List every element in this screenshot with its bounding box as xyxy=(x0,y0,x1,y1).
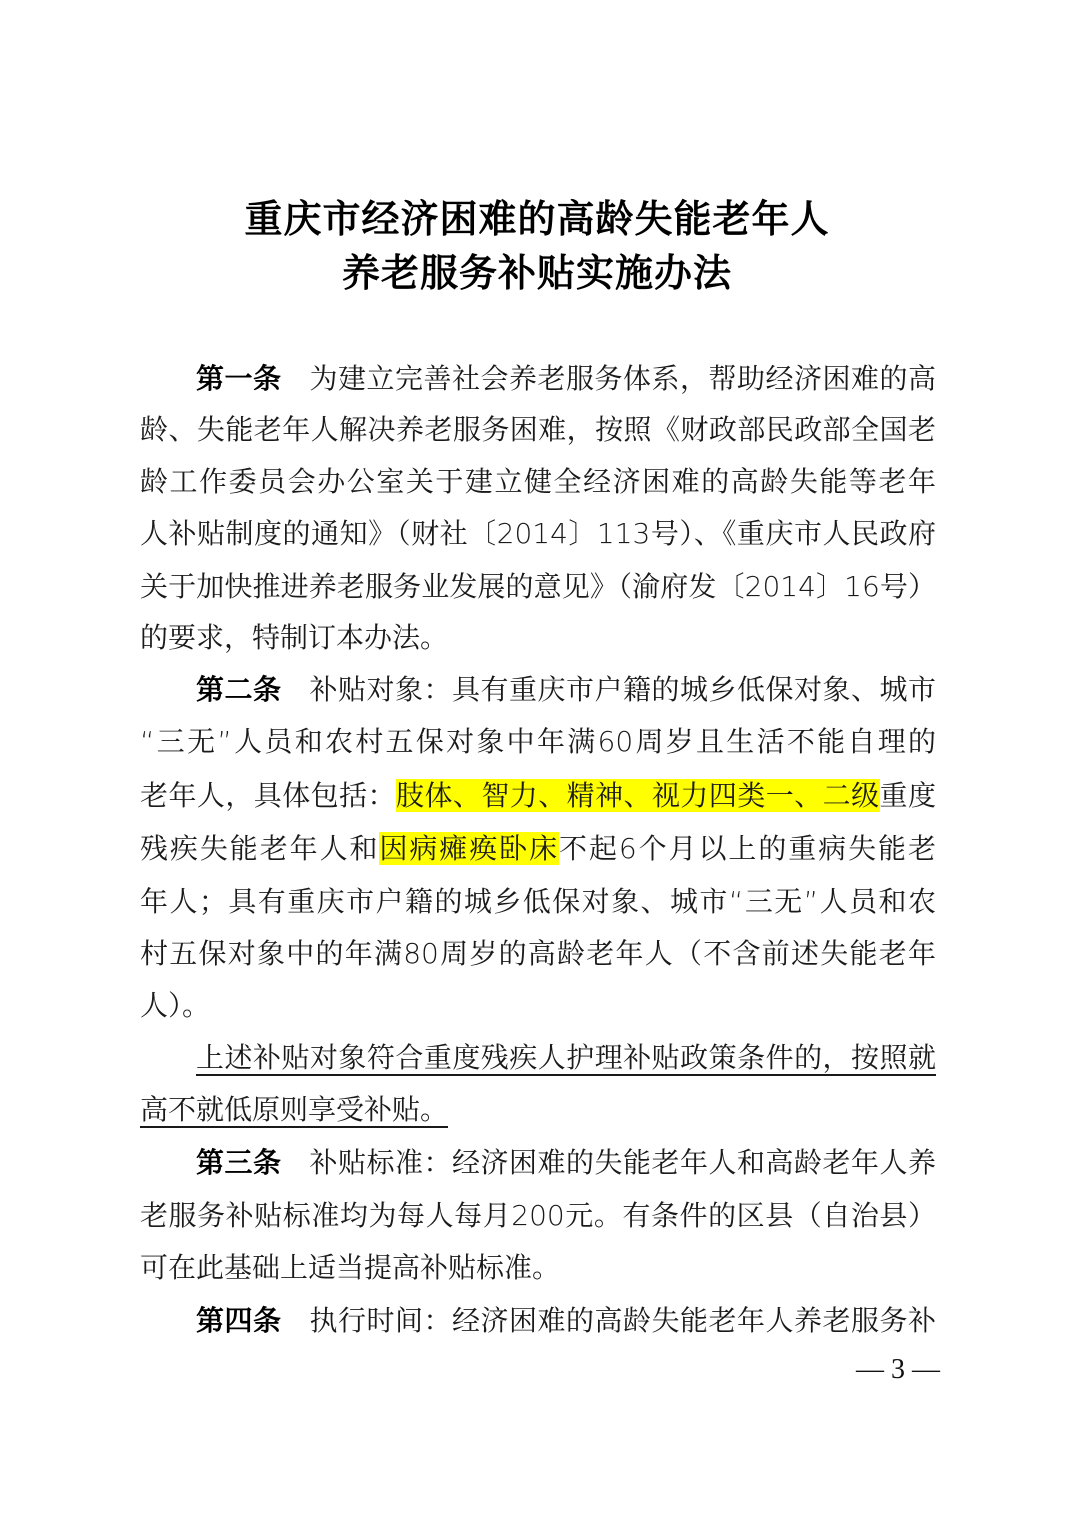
text-segment: 重度 xyxy=(880,779,936,812)
article-1-label: 第一条 xyxy=(196,362,282,395)
article-1-line-2: 龄、失能老年人解决养老服务困难，按照《财政部民政部全国老 xyxy=(140,404,936,456)
highlighted-text-disability-types: 肢体、智力、精神、视力四类一、二级 xyxy=(396,779,880,812)
document-title-line-1: 重庆市经济困难的高龄失能老年人 xyxy=(0,192,1074,246)
underlined-note-line-2: 高不就低原则享受补贴。 xyxy=(140,1084,936,1136)
underlined-note-line-1: 上述补贴对象符合重度残疾人护理补贴政策条件的，按照就 xyxy=(196,1032,936,1084)
article-1-line-3: 龄工作委员会办公室关于建立健全经济困难的高龄失能等老年 xyxy=(140,456,936,508)
article-2-line-5: 年人；具有重庆市户籍的城乡低保对象、城市“三无”人员和农 xyxy=(140,876,936,928)
text-segment: 老年人，具体包括： xyxy=(140,779,396,812)
article-1-line-1: 第一条为建立完善社会养老服务体系，帮助经济困难的高 xyxy=(196,353,936,405)
article-3-line-1: 第三条补贴标准：经济困难的失能老年人和高龄老年人养 xyxy=(196,1137,936,1189)
highlighted-text-bedridden: 因病瘫痪卧床 xyxy=(379,832,559,865)
article-3-line-3: 可在此基础上适当提高补贴标准。 xyxy=(140,1242,936,1294)
article-4-text: 执行时间：经济困难的高龄失能老年人养老服务补 xyxy=(310,1304,936,1337)
article-4-line-1: 第四条执行时间：经济困难的高龄失能老年人养老服务补 xyxy=(196,1295,936,1347)
article-2-line-4: 残疾失能老年人和因病瘫痪卧床不起6个月以上的重病失能老 xyxy=(140,823,936,875)
article-2-line-6: 村五保对象中的年满80周岁的高龄老年人（不含前述失能老年 xyxy=(140,928,936,980)
article-2-text: 补贴对象：具有重庆市户籍的城乡低保对象、城市 xyxy=(310,673,936,706)
page-number: — 3 — xyxy=(830,1354,940,1386)
article-2-line-3: 老年人，具体包括：肢体、智力、精神、视力四类一、二级重度 xyxy=(140,770,936,822)
document-title-line-2: 养老服务补贴实施办法 xyxy=(0,246,1074,300)
underlined-text: 高不就低原则享受补贴。 xyxy=(140,1093,448,1126)
article-3-line-2: 老服务补贴标准均为每人每月200元。有条件的区县（自治县） xyxy=(140,1190,936,1242)
article-1-line-6: 的要求，特制订本办法。 xyxy=(140,612,936,664)
article-3-text: 补贴标准：经济困难的失能老年人和高龄老年人养 xyxy=(310,1146,936,1179)
document-page: 重庆市经济困难的高龄失能老年人 养老服务补贴实施办法 第一条为建立完善社会养老服… xyxy=(0,0,1074,1520)
text-segment: 残疾失能老年人和 xyxy=(140,832,379,865)
article-3-label: 第三条 xyxy=(196,1146,282,1179)
article-2-line-1: 第二条补贴对象：具有重庆市户籍的城乡低保对象、城市 xyxy=(196,664,936,716)
underlined-text: 上述补贴对象符合重度残疾人护理补贴政策条件的，按照就 xyxy=(196,1041,936,1074)
article-1-line-4: 人补贴制度的通知》（财社〔2014〕113号）、《重庆市人民政府 xyxy=(140,508,936,560)
article-2-label: 第二条 xyxy=(196,673,282,706)
text-segment: 不起6个月以上的重病失能老 xyxy=(559,832,936,865)
article-2-line-2: “三无”人员和农村五保对象中年满60周岁且生活不能自理的 xyxy=(140,716,936,768)
article-1-text: 为建立完善社会养老服务体系，帮助经济困难的高 xyxy=(310,362,936,395)
article-1-line-5: 关于加快推进养老服务业发展的意见》（渝府发〔2014〕16号） xyxy=(140,561,936,613)
article-2-line-7: 人）。 xyxy=(140,980,936,1032)
article-4-label: 第四条 xyxy=(196,1304,282,1337)
